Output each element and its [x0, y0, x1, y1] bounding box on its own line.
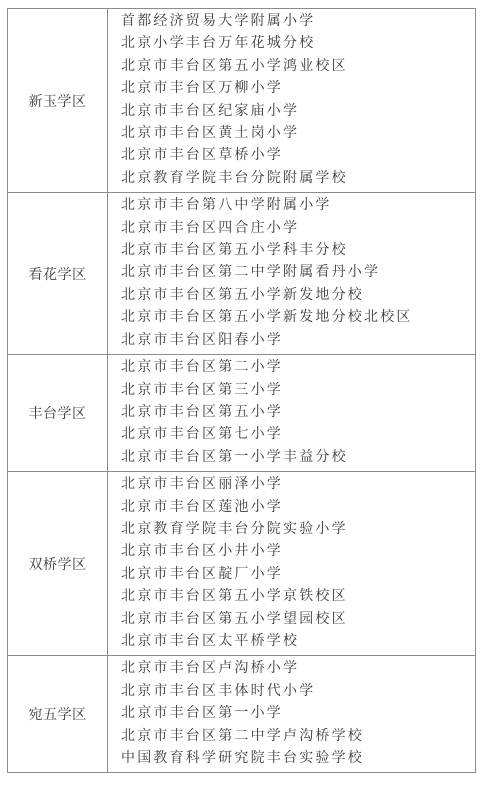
school-item: 北京市丰台区第二中学附属看丹小学 — [121, 262, 471, 284]
district-name: 新玉学区 — [29, 91, 87, 111]
district-name: 丰台学区 — [29, 403, 87, 423]
school-list: 首都经济贸易大学附属小学北京小学丰台万年花城分校北京市丰台区第五小学鸿业校区北京… — [108, 9, 475, 192]
school-item: 北京市丰台区卢沟桥小学 — [121, 658, 471, 680]
school-item: 北京市丰台区第一小学丰益分校 — [121, 447, 471, 469]
school-item: 北京市丰台区丽泽小学 — [121, 474, 471, 496]
school-item: 北京市丰台区小井小学 — [121, 541, 471, 563]
district-name: 双桥学区 — [29, 554, 87, 574]
school-item: 北京市丰台区第五小学新发地分校北校区 — [121, 307, 471, 329]
school-item: 北京小学丰台万年花城分校 — [121, 33, 471, 55]
district-row: 新玉学区 首都经济贸易大学附属小学北京小学丰台万年花城分校北京市丰台区第五小学鸿… — [8, 9, 475, 193]
district-row: 宛五学区 北京市丰台区卢沟桥小学北京市丰台区丰体时代小学北京市丰台区第一小学北京… — [8, 656, 475, 772]
school-item: 北京市丰台区第五小学新发地分校 — [121, 285, 471, 307]
district-name-cell: 宛五学区 — [8, 656, 108, 772]
school-item: 北京市丰台区第三小学 — [121, 380, 471, 402]
school-item: 北京市丰台区第五小学京铁校区 — [121, 586, 471, 608]
school-item: 北京市丰台区第五小学望园校区 — [121, 609, 471, 631]
school-item: 北京市丰台区黄土岗小学 — [121, 123, 471, 145]
school-item: 北京市丰台区第五小学鸿业校区 — [121, 56, 471, 78]
school-item: 北京市丰台区第一小学 — [121, 703, 471, 725]
district-row: 双桥学区 北京市丰台区丽泽小学北京市丰台区莲池小学北京教育学院丰台分院实验小学北… — [8, 472, 475, 656]
school-item: 北京市丰台区太平桥学校 — [121, 631, 471, 653]
school-list: 北京市丰台区卢沟桥小学北京市丰台区丰体时代小学北京市丰台区第一小学北京市丰台区第… — [108, 656, 475, 772]
school-list: 北京市丰台区第二小学北京市丰台区第三小学北京市丰台区第五小学北京市丰台区第七小学… — [108, 355, 475, 471]
district-name-cell: 看花学区 — [8, 193, 108, 354]
district-name-cell: 新玉学区 — [8, 9, 108, 192]
school-item: 北京市丰台区丰体时代小学 — [121, 681, 471, 703]
school-item: 北京教育学院丰台分院附属学校 — [121, 168, 471, 190]
district-name-cell: 丰台学区 — [8, 355, 108, 471]
school-item: 北京市丰台区草桥小学 — [121, 145, 471, 167]
school-item: 北京市丰台区第七小学 — [121, 424, 471, 446]
school-item: 北京教育学院丰台分院实验小学 — [121, 519, 471, 541]
school-item: 北京市丰台区万柳小学 — [121, 78, 471, 100]
school-item: 北京市丰台区第二中学卢沟桥学校 — [121, 726, 471, 748]
district-table: 新玉学区 首都经济贸易大学附属小学北京小学丰台万年花城分校北京市丰台区第五小学鸿… — [7, 8, 476, 773]
district-row: 看花学区 北京市丰台第八中学附属小学北京市丰台区四合庄小学北京市丰台区第五小学科… — [8, 193, 475, 355]
school-item: 首都经济贸易大学附属小学 — [121, 11, 471, 33]
school-item: 北京市丰台区第五小学科丰分校 — [121, 240, 471, 262]
school-item: 北京市丰台区莲池小学 — [121, 497, 471, 519]
school-item: 北京市丰台区第五小学 — [121, 402, 471, 424]
school-item: 北京市丰台区纪家庙小学 — [121, 101, 471, 123]
school-item: 北京市丰台区阳春小学 — [121, 330, 471, 352]
school-item: 北京市丰台第八中学附属小学 — [121, 195, 471, 217]
school-list: 北京市丰台第八中学附属小学北京市丰台区四合庄小学北京市丰台区第五小学科丰分校北京… — [108, 193, 475, 354]
district-name: 看花学区 — [29, 264, 87, 284]
school-item: 中国教育科学研究院丰台实验学校 — [121, 748, 471, 770]
school-list: 北京市丰台区丽泽小学北京市丰台区莲池小学北京教育学院丰台分院实验小学北京市丰台区… — [108, 472, 475, 655]
school-item: 北京市丰台区四合庄小学 — [121, 218, 471, 240]
district-name-cell: 双桥学区 — [8, 472, 108, 655]
school-item: 北京市丰台区靛厂小学 — [121, 564, 471, 586]
district-name: 宛五学区 — [29, 704, 87, 724]
school-item: 北京市丰台区第二小学 — [121, 357, 471, 379]
district-row: 丰台学区 北京市丰台区第二小学北京市丰台区第三小学北京市丰台区第五小学北京市丰台… — [8, 355, 475, 472]
